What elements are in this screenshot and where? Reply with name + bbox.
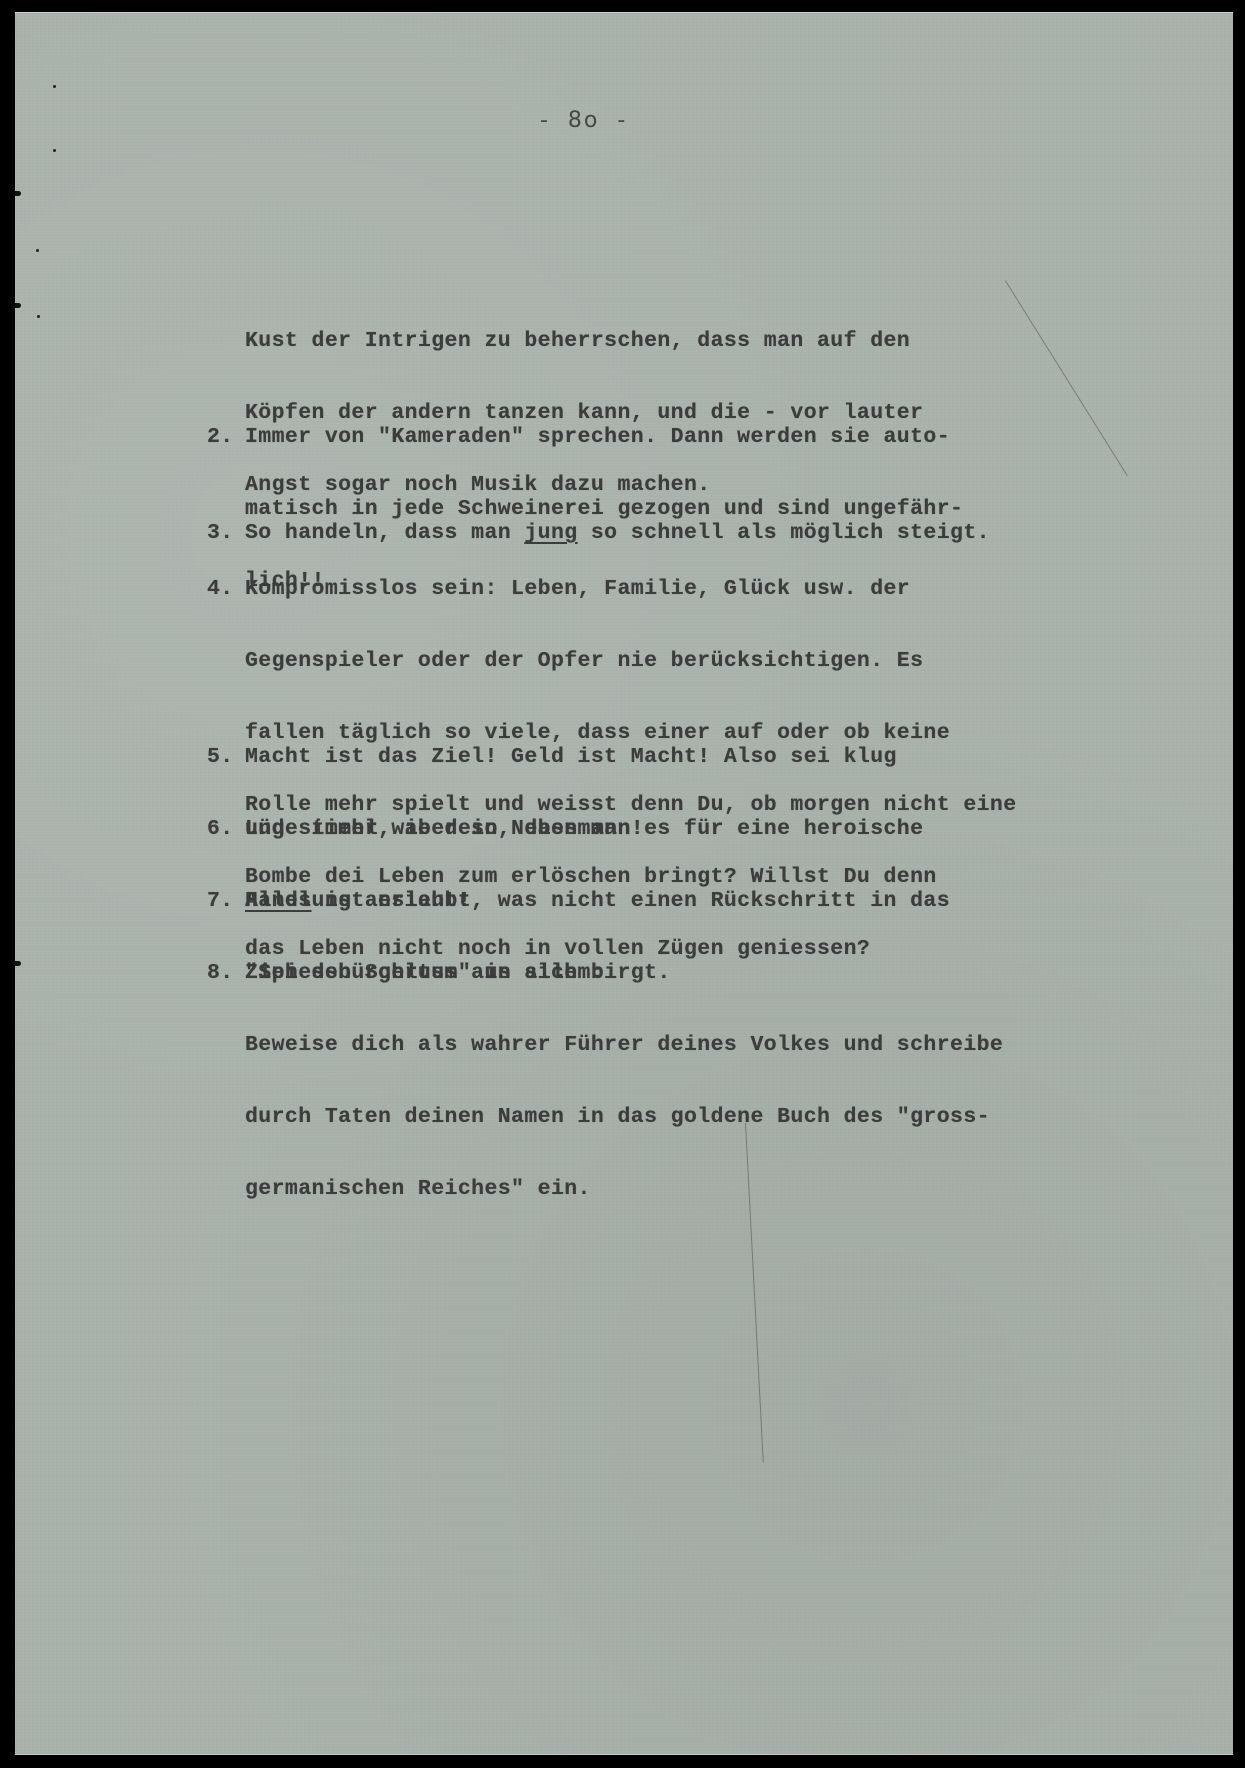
- speck: [53, 149, 56, 152]
- item-number: 6.: [207, 817, 245, 841]
- document-page: - 8o - Kust der Intrigen zu beherrschen,…: [15, 12, 1233, 1755]
- text-line: Lüge immer, aber so, dass man es für ein…: [245, 817, 923, 841]
- text-line: Gegenspieler oder der Opfer nie berücksi…: [207, 649, 1017, 673]
- text-line: Macht ist das Ziel! Geld ist Macht! Also…: [245, 745, 897, 769]
- edge-mark: [15, 961, 21, 966]
- edge-mark: [15, 191, 21, 196]
- item-number: 5.: [207, 745, 245, 769]
- item-number: 8.: [207, 961, 245, 985]
- text-line: Zieh den Schluss aus allem:: [245, 961, 604, 985]
- text-segment: ist erlaubt, was nicht einen Rückschritt…: [312, 889, 951, 913]
- text-line: Kompromisslos sein: Leben, Familie, Glüc…: [245, 577, 910, 601]
- text-line: Kust der Intrigen zu beherrschen, dass m…: [245, 329, 923, 353]
- paper-crease: [1005, 280, 1128, 476]
- edge-mark: [15, 303, 21, 308]
- speck: [36, 249, 39, 252]
- text-line: Beweise dich als wahrer Führer deines Vo…: [207, 1033, 1003, 1057]
- speck: [53, 85, 56, 88]
- text-line: Immer von "Kameraden" sprechen. Dann wer…: [245, 425, 950, 449]
- item-number: 4.: [207, 577, 245, 601]
- text-line: durch Taten deinen Namen in das goldene …: [207, 1105, 1003, 1129]
- speck: [37, 315, 40, 318]
- item-number: 2.: [207, 425, 245, 449]
- text-line: germanischen Reiches" ein.: [207, 1177, 1003, 1201]
- list-item-8: 8.Zieh den Schluss aus allem: Beweise di…: [207, 913, 1003, 1249]
- page-number: - 8o -: [540, 108, 627, 133]
- item-number: 7.: [207, 889, 245, 913]
- underlined-word: Alles: [245, 889, 312, 913]
